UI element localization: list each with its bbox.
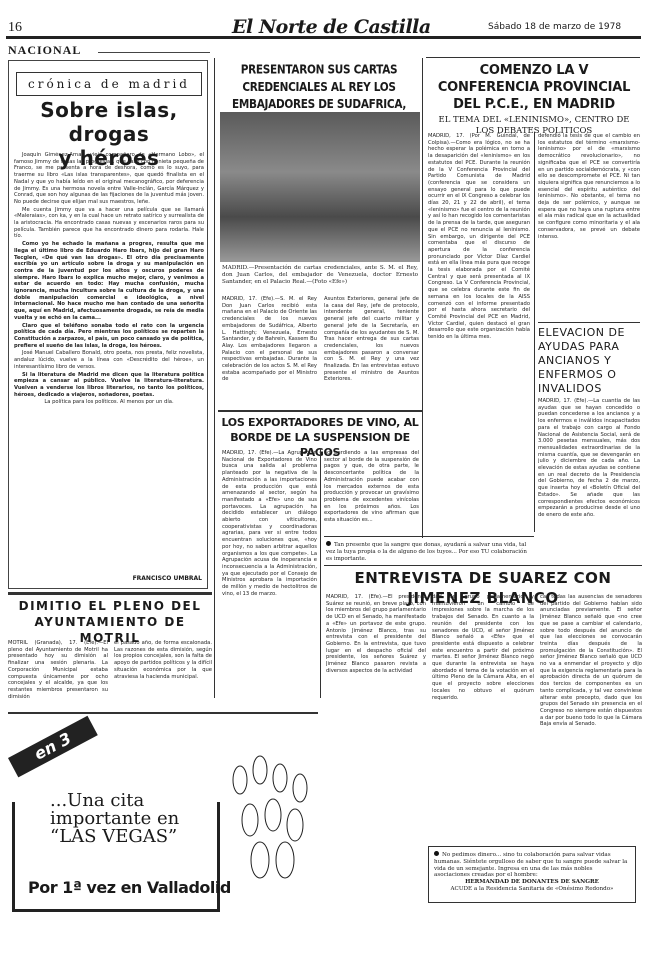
issue-date: Sábado 18 de marzo de 1978 <box>488 22 621 32</box>
bowling-pins-illustration <box>215 720 320 900</box>
ad-line: “LAS VEGAS” <box>50 828 210 846</box>
paragraph: Si la literatura de Madrid me dicen que … <box>14 372 204 399</box>
bullet-icon <box>434 851 439 856</box>
donor-notice: Tan presente que la sangre que donas, ay… <box>326 541 532 563</box>
article-body: Joaquín Giménez-Arnau, viejo compañero d… <box>14 152 204 572</box>
paragraph: Joaquín Giménez-Arnau, viejo compañero d… <box>14 152 204 206</box>
article-divider <box>8 592 212 595</box>
paragraph: La política para los políticos. Al menos… <box>14 399 204 406</box>
article-divider <box>324 565 642 566</box>
byline: FRANCISCO UMBRAL <box>14 575 202 582</box>
ad-tagline: Por 1ª vez en Valladolid <box>28 878 231 897</box>
article-column: MADRID, 17. (Efe).—El presidente Suárez … <box>326 594 426 839</box>
article-column: MADRID, 17. (Efe).—La Agrupación Naciona… <box>222 450 317 600</box>
organization-name: HERMANDAD DE DONANTES DE SANGRE <box>434 879 630 886</box>
news-photo <box>220 112 420 262</box>
column-tag: crónica de madrid <box>16 72 202 96</box>
pce-headline-wrap: COMENZO LA V CONFERENCIA PROVINCIAL DEL … <box>428 62 640 137</box>
section-rule <box>98 52 210 53</box>
article-body: MADRID, 17. (Efe).—La cuantía de las ayu… <box>538 398 640 556</box>
column-rule <box>534 132 535 532</box>
article-headline: ELEVACION DE AYUDAS PARA ANCIANOS Y ENFE… <box>538 326 640 396</box>
article-divider <box>426 57 640 58</box>
ad-headline: ...Una cita importante en “LAS VEGAS” <box>50 792 210 846</box>
article-column: defendió la tesis de que el cambio en lo… <box>538 133 640 318</box>
masthead: 16 El Norte de Castilla Sábado 18 de mar… <box>0 0 650 36</box>
article-column: MADRID, 17. (Por M. Guindal, de Colpisa)… <box>428 133 530 533</box>
paragraph: Me cuenta Jimmy que va a hacer una pelíc… <box>14 207 204 241</box>
notice-text: Tan presente que la sangre que donas, ay… <box>326 542 527 562</box>
article-headline: COMENZO LA V CONFERENCIA PROVINCIAL DEL … <box>428 62 640 113</box>
ad-divider <box>8 712 318 714</box>
paragraph: José Manuel Caballero Bonald, otro poeta… <box>14 350 204 370</box>
column-rule <box>214 58 215 698</box>
article-divider <box>218 410 422 412</box>
notice-text: No pedimos dinero... sino tu colaboració… <box>434 852 627 878</box>
article-column: dad del grupo parlamentario y mantuviero… <box>432 594 534 839</box>
bullet-icon <box>326 541 331 546</box>
masthead-rule <box>6 36 641 39</box>
paragraph: Como yo he echado la mañana a progres, r… <box>14 241 204 321</box>
donor-notice-box: No pedimos dinero... sino tu colaboració… <box>428 846 636 903</box>
column-rule <box>320 448 321 698</box>
article-divider <box>538 322 640 323</box>
article-column: MADRID, 17. (Efe).—S. M. el Rey Don Juan… <box>222 296 317 396</box>
article-column: Asuntos Exteriores, general jefe de la c… <box>324 296 419 396</box>
newspaper-title: El Norte de Castilla <box>232 16 431 38</box>
paragraph: Claro que el teléfono sonaba todo el rat… <box>14 323 204 350</box>
headline-line-1: Sobre islas, drogas <box>14 98 204 146</box>
article-divider <box>324 536 534 537</box>
page-number: 16 <box>8 20 22 36</box>
article-headline: DIMITIO EL PLENO DEL AYUNTAMIENTO DE MOT… <box>8 598 212 646</box>
call-to-action: ACUDE a la Residencia Sanitaria de «Onés… <box>434 886 630 893</box>
article-column: MOTRIL (Granada), 17. (Efe).—El pleno de… <box>8 640 108 710</box>
section-label: NACIONAL <box>8 43 81 58</box>
article-column: ad perdiendo a las empresas del sector a… <box>324 450 419 530</box>
article-column: cas todas las ausencias de senadores del… <box>540 594 642 839</box>
photo-caption: MADRID.—Presentación de cartas credencia… <box>222 265 418 286</box>
article-column: el pasado año, de forma escalonada. Las … <box>114 640 212 710</box>
column-rule <box>422 58 423 538</box>
